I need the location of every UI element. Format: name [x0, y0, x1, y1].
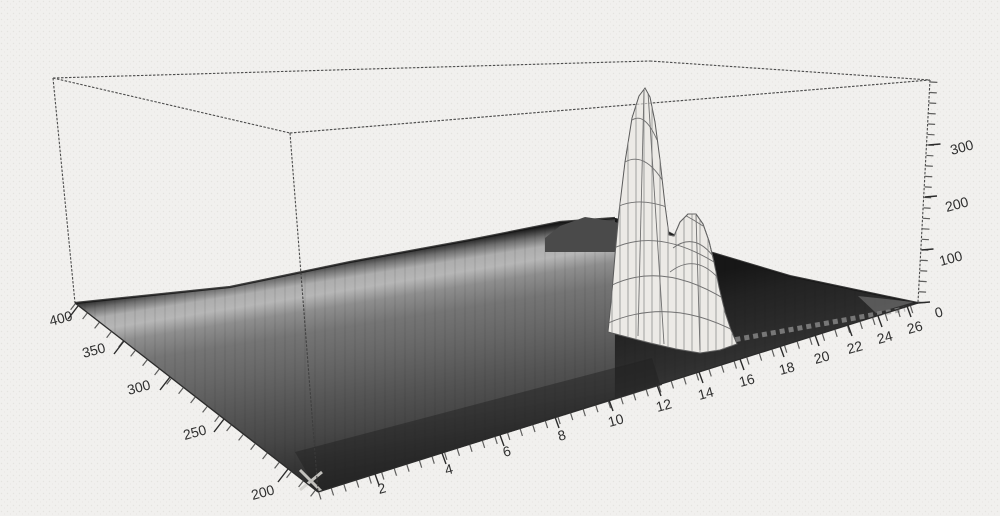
surface-plot-figure: 400 350 300 250 200 2 4 6	[0, 0, 1000, 516]
scanned-page: 400 350 300 250 200 2 4 6	[0, 0, 1000, 516]
